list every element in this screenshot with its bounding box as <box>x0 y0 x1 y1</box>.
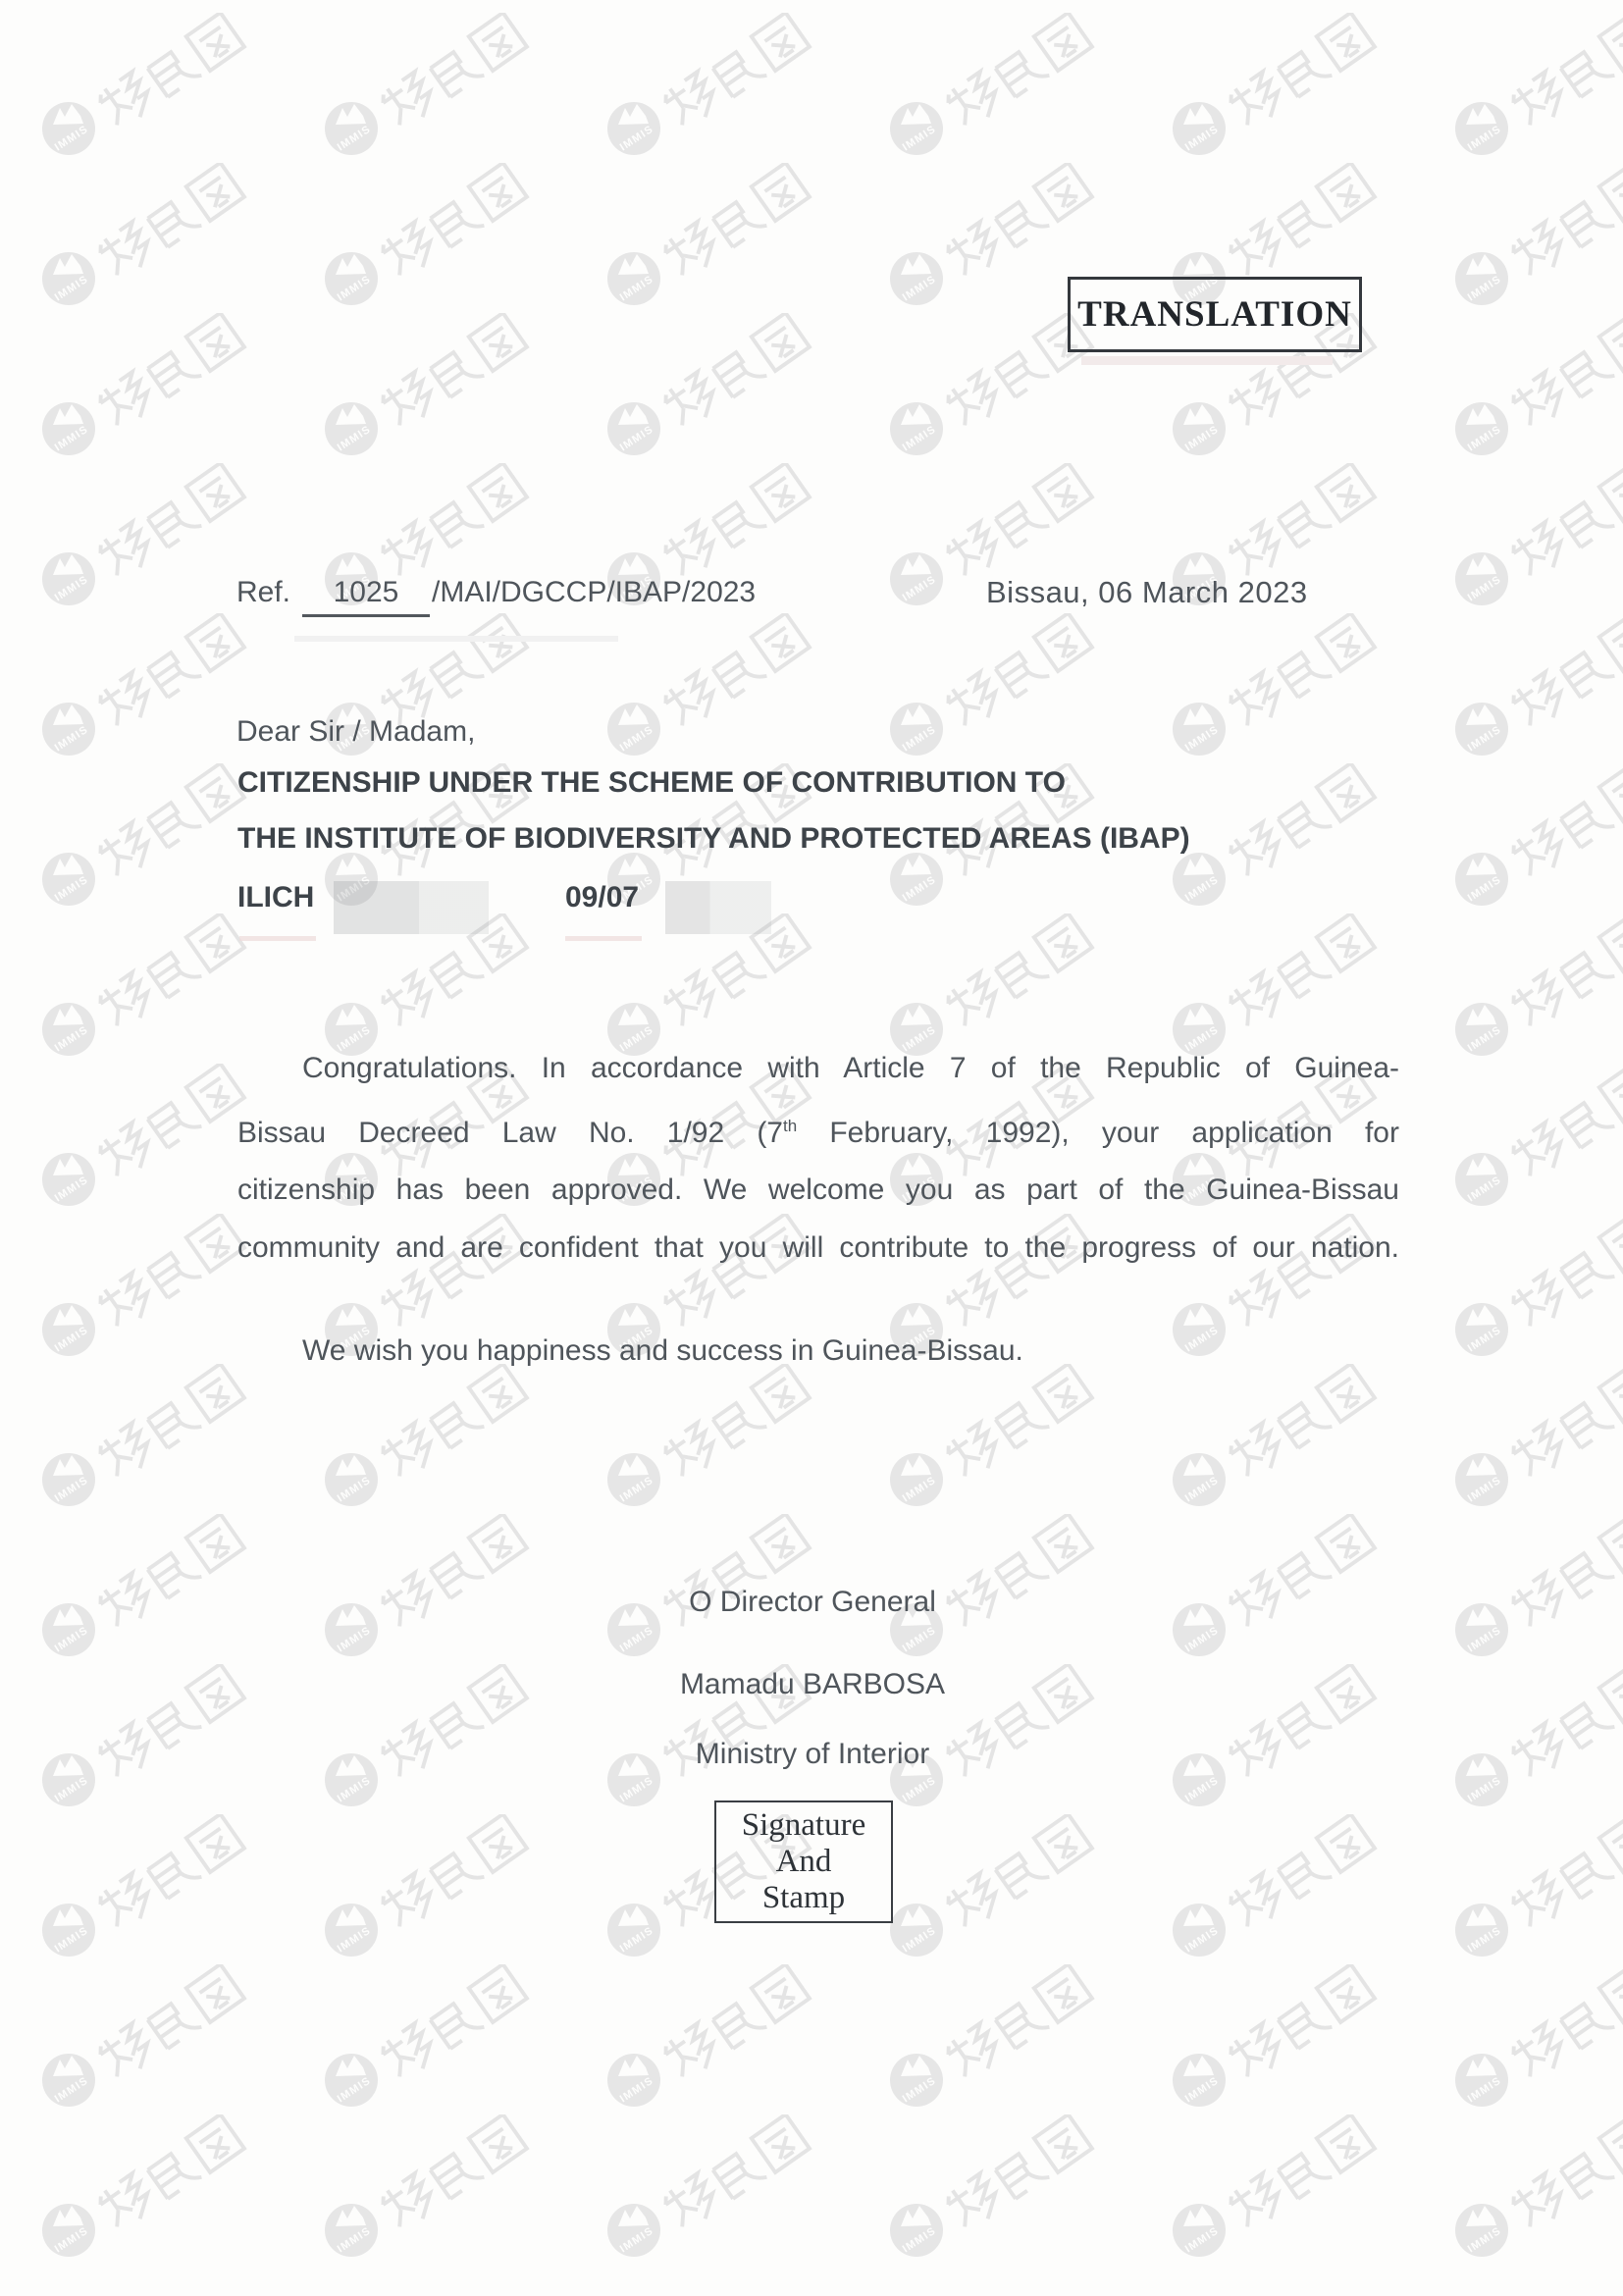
body-line: citizenship has been approved. We welcom… <box>237 1162 1399 1220</box>
signature-stamp-placeholder: Signature And Stamp <box>714 1800 893 1923</box>
reference-number: 1025 <box>302 575 430 610</box>
applicant-name: ILICH <box>237 880 314 915</box>
body-line-text: February, 1992), your application for <box>797 1117 1399 1149</box>
stamp-line: Stamp <box>762 1880 845 1916</box>
scanned-letter-page: { "watermark": { "logo_text": "IMMIS", "… <box>0 0 1623 2296</box>
file-number: 09/07 <box>565 880 639 915</box>
body-line: community and are confident that you wil… <box>237 1220 1399 1278</box>
stamp-line: And <box>776 1844 832 1880</box>
signatory-name: Mamadu BARBOSA <box>420 1667 1205 1702</box>
closing-line: We wish you happiness and success in Gui… <box>302 1333 1023 1369</box>
signatory-org: Ministry of Interior <box>420 1737 1205 1772</box>
body-paragraph: Congratulations. In accordance with Arti… <box>237 1040 1399 1277</box>
redaction-box <box>665 881 771 934</box>
reference-prefix: Ref. <box>236 575 290 610</box>
reference-line: Ref. 1025 /MAI/DGCCP/IBAP/2023 <box>236 575 825 624</box>
scan-artifact <box>1081 356 1333 365</box>
reference-code: /MAI/DGCCP/IBAP/2023 <box>432 575 756 610</box>
salutation: Dear Sir / Madam, <box>236 714 475 750</box>
body-line: Congratulations. In accordance with Arti… <box>237 1040 1399 1098</box>
signatory-title: O Director General <box>420 1585 1205 1620</box>
stamp-line: Signature <box>742 1807 865 1844</box>
ordinal-superscript: th <box>783 1117 797 1135</box>
scan-artifact <box>294 636 618 642</box>
translation-stamp-box: TRANSLATION <box>1068 277 1362 352</box>
body-line-text: Bissau Decreed Law No. 1/92 (7 <box>237 1117 783 1149</box>
scan-artifact <box>239 936 316 941</box>
reference-underline <box>302 614 430 617</box>
letter-content: TRANSLATION Ref. 1025 /MAI/DGCCP/IBAP/20… <box>0 0 1623 2296</box>
place-date: Bissau, 06 March 2023 <box>986 575 1308 610</box>
body-line: Bissau Decreed Law No. 1/92 (7th Februar… <box>237 1098 1399 1163</box>
redaction-box <box>334 881 489 934</box>
translation-label: TRANSLATION <box>1077 293 1352 336</box>
scan-artifact <box>565 936 642 941</box>
subject-line-1: CITIZENSHIP UNDER THE SCHEME OF CONTRIBU… <box>237 765 1066 801</box>
subject-line-3: ILICH 09/07 <box>237 880 846 949</box>
subject-line-2: THE INSTITUTE OF BIODIVERSITY AND PROTEC… <box>237 821 1190 857</box>
